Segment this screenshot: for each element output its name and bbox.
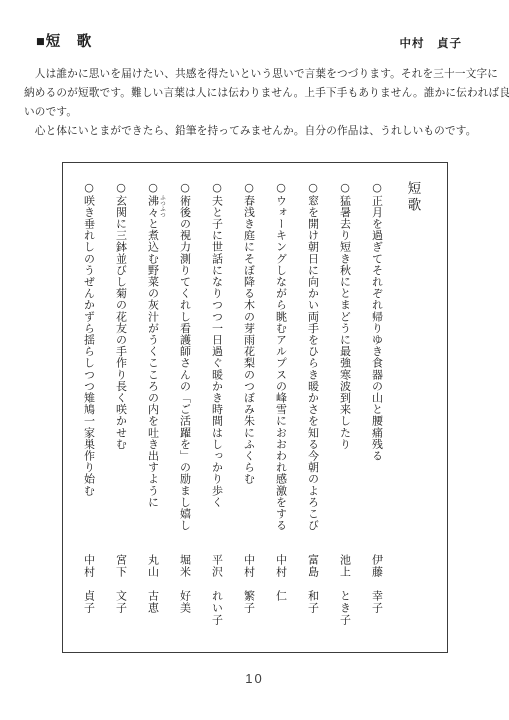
page-header: ■短 歌 中村 貞子 [36, 30, 462, 51]
poem-author: 池上 とき子 [329, 554, 361, 642]
poem-text: ○春浅き庭にそぼ降る木の芽雨花梨のつぼみ朱にふくらむ [233, 181, 265, 485]
ruby-word: 沸々ふつふつ [147, 195, 160, 218]
section-title: ■短 歌 [36, 30, 92, 51]
poem-text: ○咲き垂れしのうぜんかずら揺らしつつ雉鳩一家巣作り始む [73, 181, 105, 496]
poem-column: ○沸々ふつふつと煮込む野菜の灰汁がうくこころの内を吐き出すように 丸山 古恵 [137, 181, 169, 642]
poem-column: ○夫と子に世話になりつつ一日過ぐ暖かき時間はしっかり歩く 平沢 れい子 [201, 181, 233, 642]
poem-author: 中村 仁 [265, 554, 297, 642]
poem-author: 中村 繁子 [233, 554, 265, 642]
poem-text: ○ウォーキングしながら眺むアルプスの峰雪におおわれ感激をする [265, 181, 297, 531]
poem-rest: と煮込む野菜の灰汁がうくこころの内を吐き出すように [147, 218, 160, 508]
poem-author: 富島 和子 [297, 554, 329, 642]
intro-line: いのです。 [24, 103, 489, 122]
poem-author: 丸山 古恵 [137, 554, 169, 642]
tanka-box-title: 短歌 [395, 181, 431, 642]
intro-line: 納めるのが短歌です。難しい言葉は人には伝わりません。上手下手もありません。誰かに… [24, 84, 489, 103]
page-footer: 10 [0, 670, 509, 688]
tanka-box-content: 短歌 ○正月を過ぎてそれぞれ帰りゆき食器の山と腰痛残る 伊藤 幸子 ○猛暑去り短… [63, 163, 447, 652]
poem-text: ○夫と子に世話になりつつ一日過ぐ暖かき時間はしっかり歩く [201, 181, 233, 508]
poem-author: 平沢 れい子 [201, 554, 233, 642]
tanka-box: 短歌 ○正月を過ぎてそれぞれ帰りゆき食器の山と腰痛残る 伊藤 幸子 ○猛暑去り短… [62, 162, 448, 653]
poem-column: ○咲き垂れしのうぜんかずら揺らしつつ雉鳩一家巣作り始む 中村 貞子 [73, 181, 105, 642]
poem-text: ○沸々ふつふつと煮込む野菜の灰汁がうくこころの内を吐き出すように [137, 181, 169, 508]
poem-marker: ○ [147, 181, 160, 195]
page-author-credit: 中村 貞子 [400, 35, 463, 51]
intro-line: 心と体にいとまができたら、鉛筆を持ってみませんか。自分の作品は、うれしいものです… [24, 122, 489, 141]
poem-author: 堀米 好美 [169, 554, 201, 642]
poem-author: 宮下 文子 [105, 554, 137, 642]
poem-column: ○術後の視力測りてくれし看護師さんの「ご活躍を」の励まし嬉し 堀米 好美 [169, 181, 201, 642]
poem-column: ○窓を開け朝日に向かい両手をひらき暖かさを知る今朝のよろこび 富島 和子 [297, 181, 329, 642]
ruby-furigana: ふつふつ [159, 195, 165, 218]
poem-text: ○正月を過ぎてそれぞれ帰りゆき食器の山と腰痛残る [361, 181, 393, 461]
poem-column: ○春浅き庭にそぼ降る木の芽雨花梨のつぼみ朱にふくらむ 中村 繁子 [233, 181, 265, 642]
intro-line: 人は誰かに思いを届けたい、共感を得たいという思いで言葉をつづります。それを三十一… [24, 65, 489, 84]
poem-text: ○猛暑去り短き秋にとまどうに最強寒波到来したり [329, 181, 361, 450]
poem-column: ○ウォーキングしながら眺むアルプスの峰雪におおわれ感激をする 中村 仁 [265, 181, 297, 642]
poem-author: 伊藤 幸子 [361, 554, 393, 642]
poem-column: ○正月を過ぎてそれぞれ帰りゆき食器の山と腰痛残る 伊藤 幸子 [361, 181, 393, 642]
poem-text: ○玄関に三鉢並びし菊の花友の手作り長く咲かせむ [105, 181, 137, 450]
poem-author: 中村 貞子 [73, 554, 105, 642]
poem-column: ○玄関に三鉢並びし菊の花友の手作り長く咲かせむ 宮下 文子 [105, 181, 137, 642]
poem-column: ○猛暑去り短き秋にとまどうに最強寒波到来したり 池上 とき子 [329, 181, 361, 642]
poem-text: ○術後の視力測りてくれし看護師さんの「ご活躍を」の励まし嬉し [169, 181, 201, 531]
page-number: 10 [245, 671, 263, 686]
ruby-base: 沸々 [147, 195, 160, 218]
poem-text: ○窓を開け朝日に向かい両手をひらき暖かさを知る今朝のよろこび [297, 181, 329, 531]
intro-paragraph: 人は誰かに思いを届けたい、共感を得たいという思いで言葉をつづります。それを三十一… [24, 65, 489, 141]
